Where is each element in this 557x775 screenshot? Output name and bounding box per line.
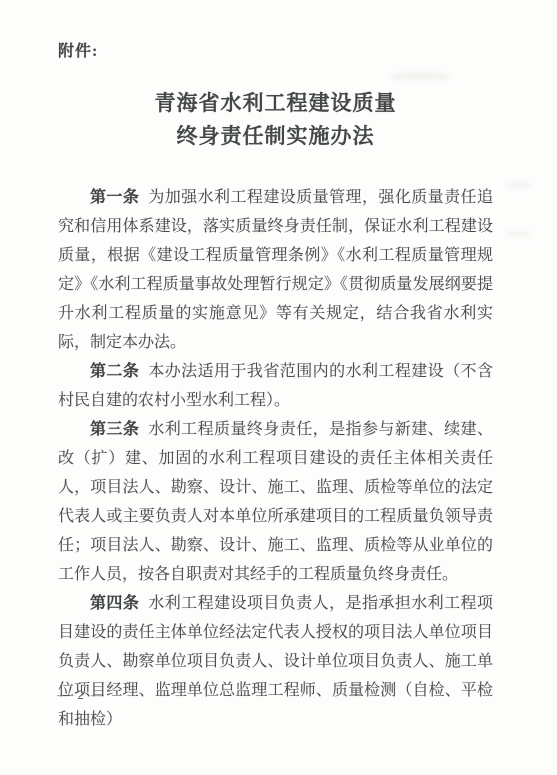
article-3-text: 水利工程质量终身责任，是指参与新建、续建、改（扩）建、加固的水利工程项目建设的责… bbox=[58, 421, 493, 583]
title-line-1: 青海省水利工程建设质量 bbox=[58, 87, 493, 120]
paragraph-article-3: 第三条水利工程质量终身责任，是指参与新建、续建、改（扩）建、加固的水利工程项目建… bbox=[58, 415, 493, 589]
article-4-text: 水利工程建设项目负责人，是指承担水利工程项目建设的责任主体单位经法定代表人授权的… bbox=[58, 595, 493, 728]
document-body: 第一条为加强水利工程建设质量管理，强化质量责任追究和信用体系建设，落实质量终身责… bbox=[58, 183, 493, 734]
scan-artifact bbox=[504, 182, 532, 188]
title-line-2: 终身责任制实施办法 bbox=[58, 120, 493, 153]
paragraph-article-4: 第四条水利工程建设项目负责人，是指承担水利工程项目建设的责任主体单位经法定代表人… bbox=[58, 589, 493, 734]
paragraph-article-2: 第二条本办法适用于我省范围内的水利工程建设（不含村民自建的农村小型水利工程）。 bbox=[58, 357, 493, 415]
page-number: — 2 — bbox=[57, 687, 106, 703]
scan-artifact bbox=[388, 72, 452, 81]
document-page: 附件: 青海省水利工程建设质量 终身责任制实施办法 第一条为加强水利工程建设质量… bbox=[0, 0, 557, 775]
paragraph-article-1: 第一条为加强水利工程建设质量管理，强化质量责任追究和信用体系建设，落实质量终身责… bbox=[58, 183, 493, 357]
scan-artifact bbox=[507, 231, 531, 237]
article-4-label: 第四条 bbox=[90, 595, 139, 612]
article-3-label: 第三条 bbox=[90, 421, 139, 438]
article-1-label: 第一条 bbox=[90, 189, 139, 206]
attachment-label: 附件: bbox=[58, 38, 493, 61]
document-title: 青海省水利工程建设质量 终身责任制实施办法 bbox=[58, 87, 493, 153]
article-2-label: 第二条 bbox=[90, 363, 139, 380]
article-1-text: 为加强水利工程建设质量管理，强化质量责任追究和信用体系建设，落实质量终身责任制，… bbox=[58, 189, 493, 351]
